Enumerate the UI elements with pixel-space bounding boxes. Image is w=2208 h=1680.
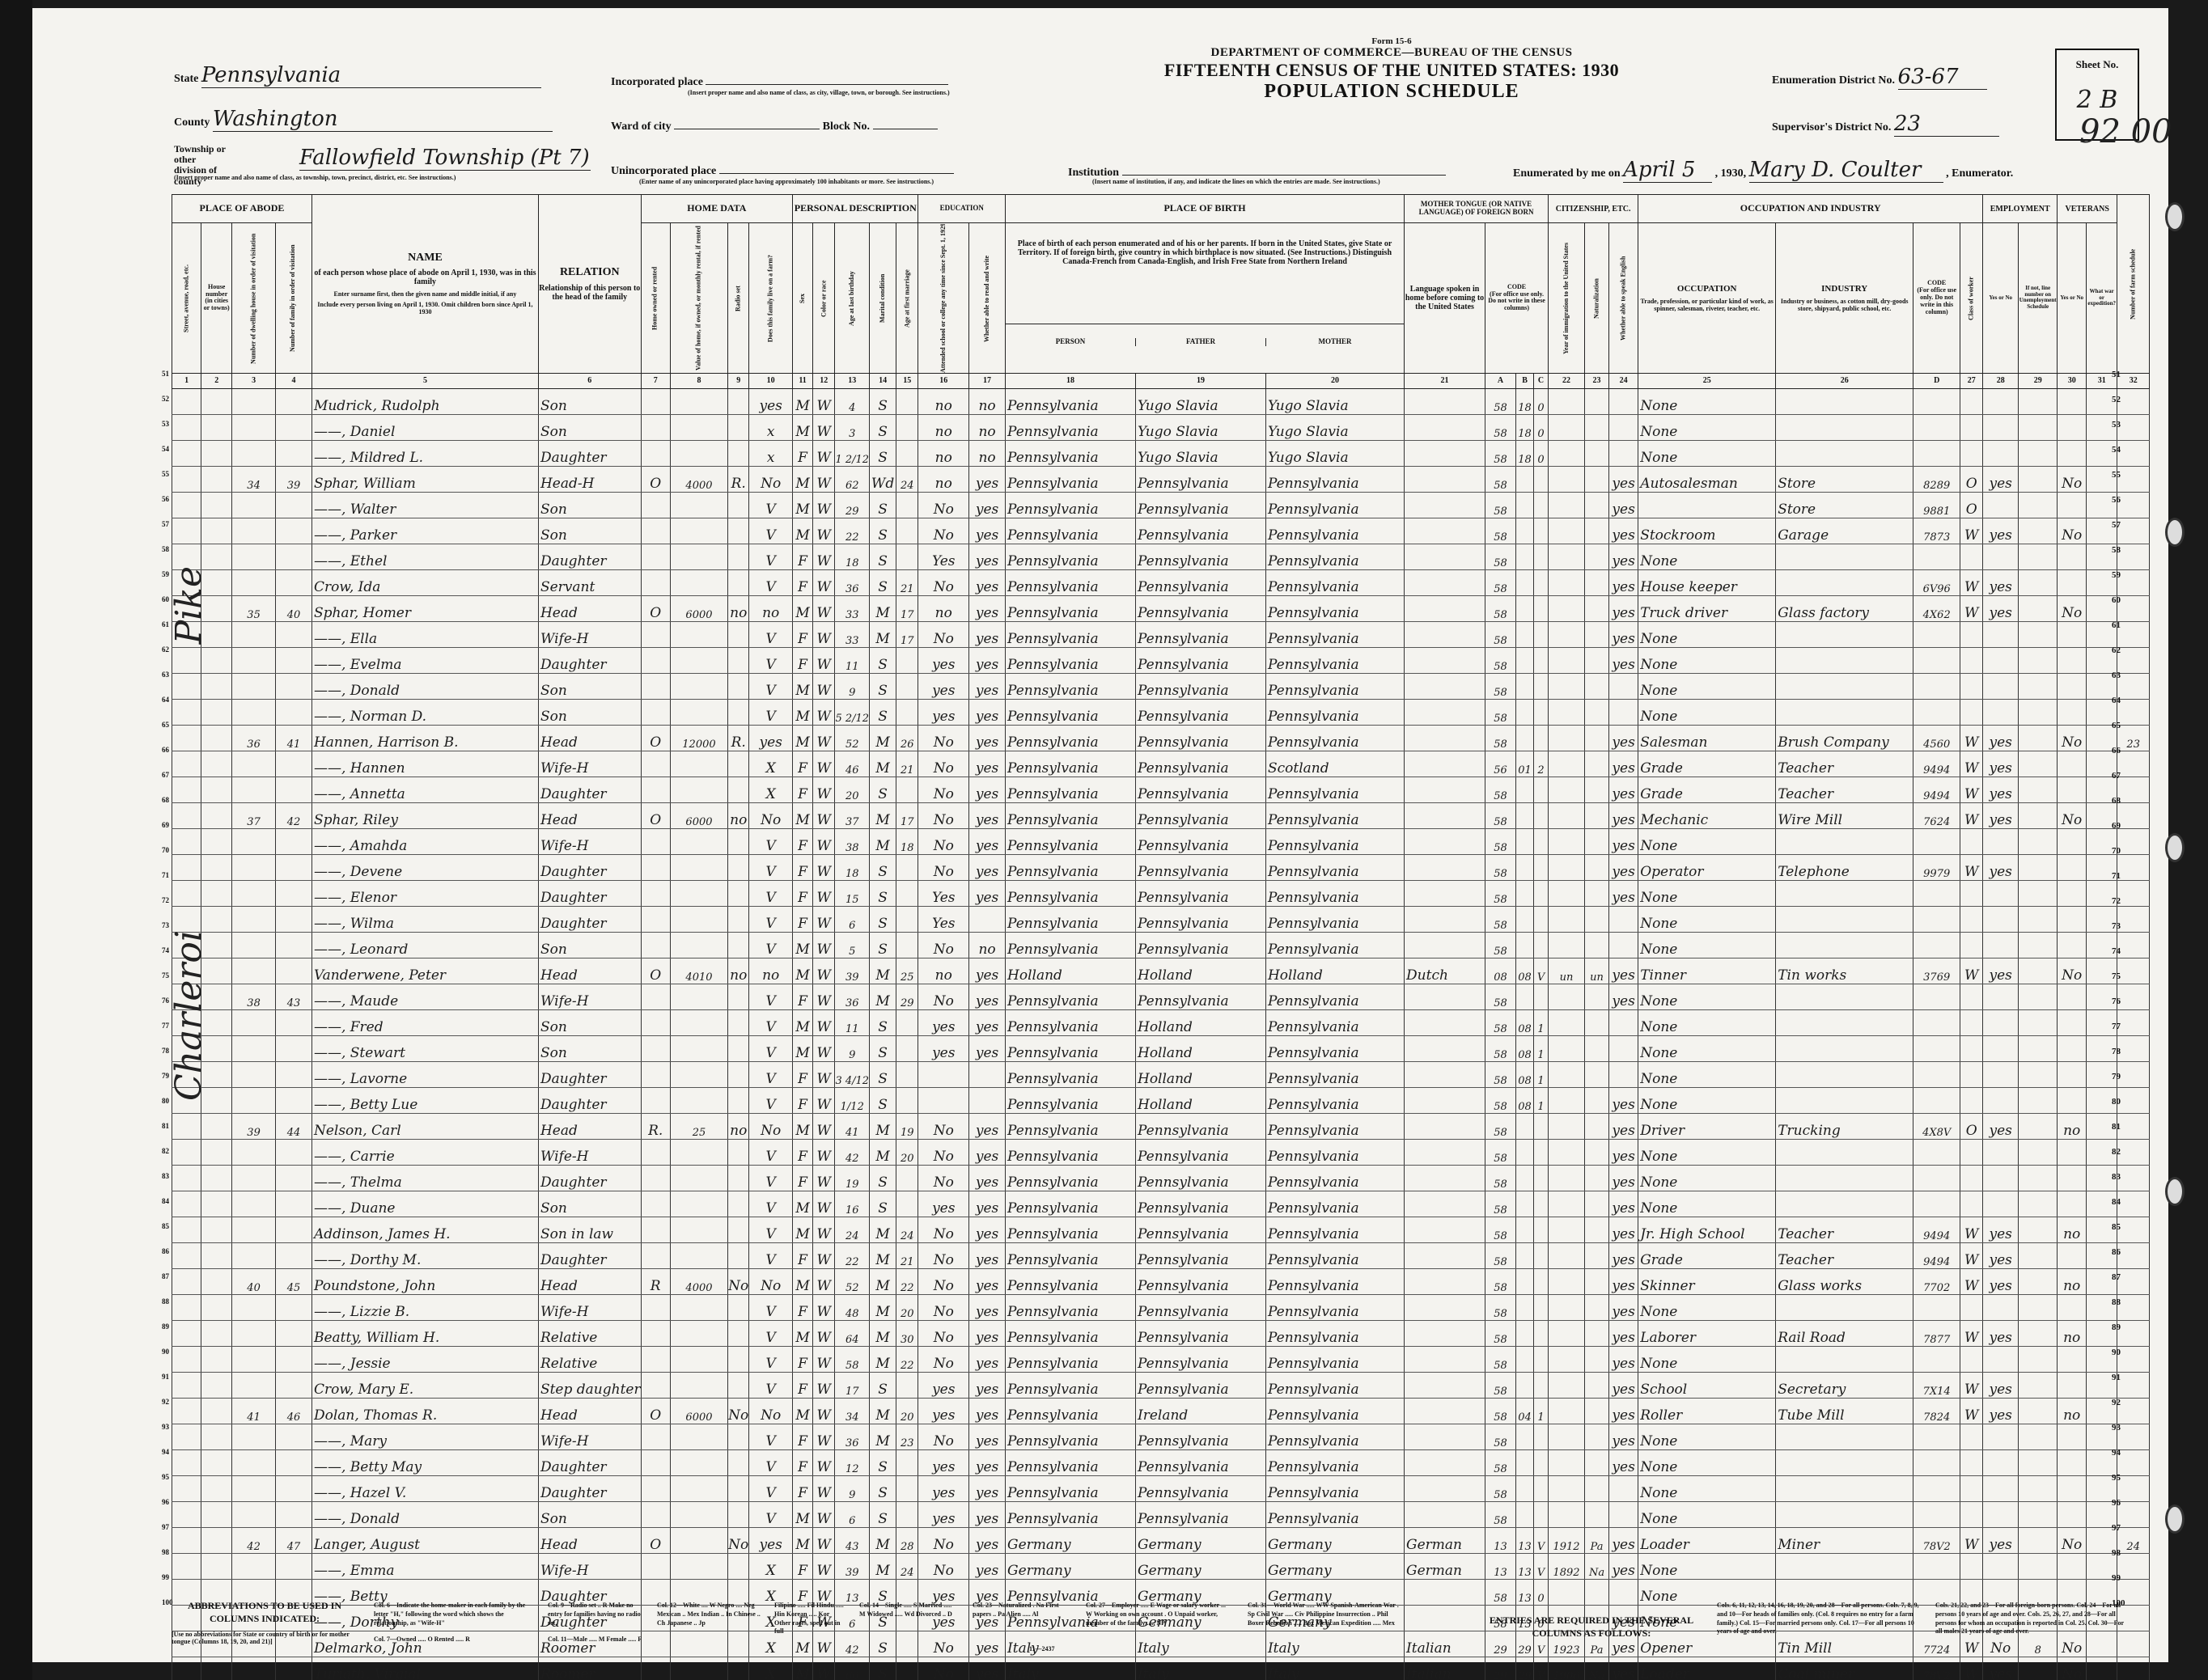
cell-emp — [1983, 647, 2019, 673]
cell-farm-sched — [2117, 932, 2150, 958]
cell-relation: Daughter — [538, 777, 641, 802]
cell-age: 52 — [835, 725, 870, 751]
line-number: 56 — [162, 495, 169, 503]
cell-eng: yes — [1609, 880, 1638, 906]
cell-read: yes — [969, 1035, 1006, 1061]
enumerated-label: Enumerated by me on — [1513, 167, 1621, 180]
cell-vet — [2058, 1553, 2087, 1579]
cell-sex: F — [793, 1139, 813, 1165]
line-number: 83 — [2112, 1172, 2121, 1182]
cell-dwelling — [232, 1475, 276, 1501]
cell-father: Pennsylvania — [1136, 1501, 1266, 1527]
cell-radio — [728, 1035, 749, 1061]
line-number: 51 — [162, 370, 169, 378]
cell-nat — [1585, 1449, 1609, 1475]
cell-relation: Head — [538, 725, 641, 751]
cell-father: Pennsylvania — [1136, 492, 1266, 518]
cell-owned — [641, 1009, 670, 1035]
cell-eng: yes — [1609, 1139, 1638, 1165]
cell-race: W — [813, 906, 835, 932]
cell-ca: 58 — [1485, 466, 1516, 492]
column-number: 7 — [641, 373, 670, 388]
cell-farm: No — [749, 802, 793, 828]
enumerator-label: , Enumerator. — [1946, 167, 2013, 180]
township-note: (Insert proper name and also name of cla… — [174, 174, 611, 181]
cell-lang — [1405, 1113, 1485, 1139]
cell-farm-sched — [2117, 1294, 2150, 1320]
line-number: 70 — [162, 846, 169, 854]
column-number: 28 — [1983, 373, 2019, 388]
cell-age-marr: 29 — [896, 984, 918, 1009]
cell-eng — [1609, 932, 1638, 958]
line-number: 57 — [2112, 520, 2121, 530]
cell-family — [275, 1424, 311, 1449]
cell-lang — [1405, 1294, 1485, 1320]
cell-family — [275, 388, 311, 414]
cell-value — [670, 1501, 727, 1527]
cell-cc — [1534, 1268, 1549, 1294]
header-english: Whether able to speak English — [1609, 223, 1638, 374]
cell-lang — [1405, 1372, 1485, 1398]
cell-school: yes — [918, 1191, 969, 1217]
cell-occ: Grade — [1638, 777, 1776, 802]
cell-ca: 58 — [1485, 1449, 1516, 1475]
table-body: Mudrick, RudolphSonyesMW4SnonoPennsylvan… — [172, 388, 2150, 1680]
cell-unemp — [2019, 647, 2058, 673]
table-row: ——, ParkerSonVMW22SNoyesPennsylvaniaPenn… — [172, 518, 2150, 544]
cell-school: No — [918, 1113, 969, 1139]
cell-read: yes — [969, 828, 1006, 854]
cell-nat — [1585, 1087, 1609, 1113]
line-number: 87 — [162, 1272, 169, 1280]
cell-farm-sched — [2117, 673, 2150, 699]
cell-family: 47 — [275, 1527, 311, 1553]
cell-farm-sched — [2117, 518, 2150, 544]
cell-school: yes — [918, 1035, 969, 1061]
column-number: 26 — [1776, 373, 1913, 388]
cell-school: yes — [918, 1009, 969, 1035]
cell-sex: F — [793, 1165, 813, 1191]
cell-vet — [2058, 984, 2087, 1009]
cell-marital: M — [870, 1424, 896, 1449]
cell-mother: Pennsylvania — [1265, 828, 1404, 854]
cell-family — [275, 932, 311, 958]
cell-cls — [1960, 1424, 1983, 1449]
cell-name: Nelson, Carl — [311, 1113, 538, 1139]
cell-dwelling — [232, 1424, 276, 1449]
cell-unemp — [2019, 1657, 2058, 1680]
cell-dwelling — [232, 932, 276, 958]
cell-ca: 58 — [1485, 414, 1516, 440]
cell-farm: V — [749, 1501, 793, 1527]
cell-house — [201, 828, 232, 854]
cell-ind: Rail Road — [1776, 1320, 1913, 1346]
group-education: EDUCATION — [918, 195, 1006, 223]
cell-cls: W — [1960, 1242, 1983, 1268]
footer-col11: Col. 11—Male ..... M Female ..... F — [548, 1636, 645, 1644]
cell-house — [201, 492, 232, 518]
cell-lang — [1405, 1398, 1485, 1424]
cell-eng: yes — [1609, 958, 1638, 984]
cell-farm-sched — [2117, 1657, 2150, 1680]
cell-code — [1913, 440, 1960, 466]
line-number: 75 — [162, 971, 169, 980]
cell-street — [172, 1139, 201, 1165]
cell-code: 8289 — [1913, 466, 1960, 492]
cell-dwelling — [232, 492, 276, 518]
cell-school: No — [918, 1165, 969, 1191]
cell-relation: Son — [538, 414, 641, 440]
cell-relation: Daughter — [538, 1087, 641, 1113]
cell-lang — [1405, 440, 1485, 466]
cell-cb — [1516, 1424, 1534, 1449]
cell-family — [275, 569, 311, 595]
cell-occ: Loader — [1638, 1527, 1776, 1553]
cell-imm — [1549, 647, 1585, 673]
cell-nat — [1585, 802, 1609, 828]
cell-ind: Brush Company — [1776, 725, 1913, 751]
cell-birth: Pennsylvania — [1006, 1268, 1136, 1294]
cell-ind — [1776, 1346, 1913, 1372]
cell-family — [275, 621, 311, 647]
cell-occ: None — [1638, 1191, 1776, 1217]
cell-name: Poundstone, John — [311, 1268, 538, 1294]
cell-race: W — [813, 673, 835, 699]
cell-eng: yes — [1609, 466, 1638, 492]
cell-farm-sched — [2117, 1035, 2150, 1061]
column-number: 4 — [275, 373, 311, 388]
cell-relation: Head — [538, 1398, 641, 1424]
cell-vet — [2058, 621, 2087, 647]
cell-value: 6000 — [670, 595, 727, 621]
cell-value — [670, 777, 727, 802]
cell-owned — [641, 1217, 670, 1242]
cell-race: W — [813, 1191, 835, 1217]
cell-ind — [1776, 414, 1913, 440]
cell-read: no — [969, 932, 1006, 958]
line-number: 98 — [2112, 1548, 2121, 1558]
cell-imm — [1549, 1242, 1585, 1268]
cell-father: Pennsylvania — [1136, 1346, 1266, 1372]
cell-mother: Pennsylvania — [1265, 725, 1404, 751]
cell-eng: yes — [1609, 1294, 1638, 1320]
cell-owned — [641, 518, 670, 544]
cell-farm-sched — [2117, 595, 2150, 621]
cell-radio — [728, 1475, 749, 1501]
cell-ca: 58 — [1485, 492, 1516, 518]
column-number: 17 — [969, 373, 1006, 388]
cell-school: No — [918, 1294, 969, 1320]
cell-radio: R. — [728, 725, 749, 751]
cell-marital: M — [870, 1294, 896, 1320]
line-number: 81 — [2112, 1122, 2121, 1132]
cell-farm: V — [749, 1475, 793, 1501]
cell-age: 33 — [835, 595, 870, 621]
cell-birth: Pennsylvania — [1006, 1165, 1136, 1191]
cell-relation: Daughter — [538, 1165, 641, 1191]
cell-vet — [2058, 673, 2087, 699]
cell-code — [1913, 1061, 1960, 1087]
cell-house — [201, 1139, 232, 1165]
department: DEPARTMENT OF COMMERCE—BUREAU OF THE CEN… — [1100, 46, 1683, 60]
cell-imm — [1549, 1475, 1585, 1501]
cell-radio: no — [728, 1113, 749, 1139]
cell-age: 20 — [835, 777, 870, 802]
cell-farm: V — [749, 699, 793, 725]
cell-eng: yes — [1609, 1398, 1638, 1424]
cell-birth: Pennsylvania — [1006, 1113, 1136, 1139]
cell-ca: 58 — [1485, 673, 1516, 699]
cell-nat — [1585, 699, 1609, 725]
cell-farm-sched — [2117, 1475, 2150, 1501]
cell-owned — [641, 854, 670, 880]
cell-value — [670, 388, 727, 414]
cell-unemp — [2019, 751, 2058, 777]
cell-vet — [2058, 492, 2087, 518]
cell-father: Pennsylvania — [1136, 802, 1266, 828]
table-row: 4247Langer, AugustHeadONoyesMW43M28Noyes… — [172, 1527, 2150, 1553]
cell-farm-sched — [2117, 1009, 2150, 1035]
cell-cls — [1960, 621, 1983, 647]
line-number: 63 — [162, 671, 169, 679]
cell-vet — [2058, 932, 2087, 958]
cell-code: 7877 — [1913, 1320, 1960, 1346]
cell-eng: yes — [1609, 1113, 1638, 1139]
cell-father: Pennsylvania — [1136, 466, 1266, 492]
cell-name: Crow, Ida — [311, 569, 538, 595]
cell-cc — [1534, 906, 1549, 932]
cell-unemp — [2019, 1424, 2058, 1449]
cell-owned — [641, 1501, 670, 1527]
cell-marital: S — [870, 518, 896, 544]
header-name: NAME of each person whose place of abode… — [311, 195, 538, 374]
cell-house — [201, 1372, 232, 1398]
cell-age-marr — [896, 1009, 918, 1035]
cell-street — [172, 699, 201, 725]
cell-value — [670, 1657, 727, 1680]
cell-father: Pennsylvania — [1136, 569, 1266, 595]
cell-relation: Relative — [538, 1346, 641, 1372]
cell-father: Pennsylvania — [1136, 1294, 1266, 1320]
table-row: ——, Mildred L.DaughterxFW1 2/12SnonoPenn… — [172, 440, 2150, 466]
cell-farm-sched — [2117, 1242, 2150, 1268]
cell-vet: no — [2058, 1217, 2087, 1242]
cell-unemp — [2019, 1035, 2058, 1061]
cell-occ: Salesman — [1638, 725, 1776, 751]
cell-occ: Autosalesman — [1638, 466, 1776, 492]
cell-age: 9 — [835, 1035, 870, 1061]
cell-value — [670, 1475, 727, 1501]
print-code: 11—2437 — [1029, 1645, 1055, 1654]
cell-cls: W — [1960, 1527, 1983, 1553]
cell-lang — [1405, 1242, 1485, 1268]
cell-cls — [1960, 1061, 1983, 1087]
line-number: 67 — [2112, 771, 2121, 781]
cell-nat: Na — [1585, 1553, 1609, 1579]
cell-father: Pennsylvania — [1136, 725, 1266, 751]
column-number: 32 — [2117, 373, 2150, 388]
cell-cb — [1516, 699, 1534, 725]
cell-marital: M — [870, 958, 896, 984]
cell-street — [172, 777, 201, 802]
cell-cb — [1516, 1113, 1534, 1139]
cell-cc: 0 — [1534, 388, 1549, 414]
column-number: 12 — [813, 373, 835, 388]
cell-lang — [1405, 1061, 1485, 1087]
cell-family — [275, 1372, 311, 1398]
line-number: 86 — [2112, 1247, 2121, 1257]
line-number: 80 — [162, 1097, 169, 1105]
cell-imm: 1912 — [1549, 1527, 1585, 1553]
cell-occ: None — [1638, 440, 1776, 466]
state-label: State — [174, 73, 198, 85]
cell-farm: V — [749, 1346, 793, 1372]
cell-mother: Pennsylvania — [1265, 1165, 1404, 1191]
cell-farm: x — [749, 414, 793, 440]
column-number: 11 — [793, 373, 813, 388]
cell-school: no — [918, 958, 969, 984]
cell-value: 6000 — [670, 1398, 727, 1424]
cell-eng — [1609, 440, 1638, 466]
cell-code: 3769 — [1913, 958, 1960, 984]
cell-birth: Pennsylvania — [1006, 1346, 1136, 1372]
header-farm-schedule: Number of farm schedule — [2117, 195, 2150, 374]
cell-marital: S — [870, 569, 896, 595]
punch-hole — [2165, 202, 2185, 231]
line-number: 78 — [162, 1047, 169, 1055]
cell-father: Pennsylvania — [1136, 751, 1266, 777]
name-note2: Include every person living on April 1, … — [312, 302, 538, 316]
cell-name: ——, Parker — [311, 518, 538, 544]
cell-vet — [2058, 1139, 2087, 1165]
cell-vet: No — [2058, 518, 2087, 544]
cell-marital: S — [870, 1475, 896, 1501]
cell-unemp — [2019, 1139, 2058, 1165]
cell-name: Addinson, James H. — [311, 1217, 538, 1242]
cell-race: W — [813, 595, 835, 621]
cell-cc: V — [1534, 1527, 1549, 1553]
footer-col9: Col. 9—Radio set .. R Make no entry for … — [548, 1602, 645, 1627]
cell-owned — [641, 1139, 670, 1165]
cell-imm — [1549, 1009, 1585, 1035]
cell-age: 17 — [835, 1372, 870, 1398]
cell-farm-sched — [2117, 569, 2150, 595]
cell-vet: No — [2058, 802, 2087, 828]
cell-value — [670, 1320, 727, 1346]
cell-owned — [641, 932, 670, 958]
cell-relation: Wife-H — [538, 828, 641, 854]
cell-vet — [2058, 1346, 2087, 1372]
cell-race: W — [813, 699, 835, 725]
cell-farm: X — [749, 1553, 793, 1579]
ward-value — [674, 117, 820, 129]
cell-birth: Pennsylvania — [1006, 440, 1136, 466]
cell-age: 22 — [835, 1242, 870, 1268]
cell-house — [201, 1165, 232, 1191]
cell-radio — [728, 880, 749, 906]
cell-street — [172, 518, 201, 544]
cell-sex: F — [793, 777, 813, 802]
column-number: C — [1534, 373, 1549, 388]
cell-emp — [1983, 1475, 2019, 1501]
cell-cls: W — [1960, 1398, 1983, 1424]
cell-eng: yes — [1609, 1087, 1638, 1113]
cell-age: 1 2/12 — [835, 440, 870, 466]
cell-read: no — [969, 388, 1006, 414]
cell-sex: M — [793, 1657, 813, 1680]
cell-dwelling — [232, 518, 276, 544]
cell-mother: Germany — [1265, 1527, 1404, 1553]
cell-lang — [1405, 621, 1485, 647]
cell-cls: O — [1960, 1113, 1983, 1139]
cell-relation: Son — [538, 518, 641, 544]
cell-birth: Pennsylvania — [1006, 1475, 1136, 1501]
cell-occ: None — [1638, 414, 1776, 440]
column-number: 19 — [1136, 373, 1266, 388]
cell-code: 78V2 — [1913, 1527, 1960, 1553]
table-row: ——, MaryWife-HVFW36M23NoyesPennsylvaniaP… — [172, 1424, 2150, 1449]
cell-read: yes — [969, 751, 1006, 777]
cell-nat — [1585, 1372, 1609, 1398]
line-number: 72 — [162, 896, 169, 904]
cell-farm: V — [749, 1372, 793, 1398]
cell-emp — [1983, 388, 2019, 414]
cell-cb: 08 — [1516, 958, 1534, 984]
line-number: 94 — [162, 1448, 169, 1456]
cell-house — [201, 1191, 232, 1217]
cell-dwelling: 37 — [232, 802, 276, 828]
line-number: 56 — [2112, 495, 2121, 505]
cell-race: W — [813, 1242, 835, 1268]
cell-birth: Pennsylvania — [1006, 1372, 1136, 1398]
cell-farm: V — [749, 1009, 793, 1035]
cell-cb — [1516, 544, 1534, 569]
cell-code — [1913, 1424, 1960, 1449]
cell-farm-sched — [2117, 544, 2150, 569]
cell-imm — [1549, 1113, 1585, 1139]
line-number: 74 — [162, 946, 169, 954]
cell-value — [670, 1061, 727, 1087]
cell-lang — [1405, 1501, 1485, 1527]
cell-eng — [1609, 388, 1638, 414]
cell-age: 3 — [835, 414, 870, 440]
footer-col27: Col. 27—Employer ..... E Wage or salary … — [1086, 1602, 1231, 1627]
cell-occ: None — [1638, 1475, 1776, 1501]
cell-birth: Pennsylvania — [1006, 414, 1136, 440]
cell-ind: Coal miner — [1776, 1657, 1913, 1680]
cell-nat — [1585, 1139, 1609, 1165]
cell-code — [1913, 388, 1960, 414]
cell-nat — [1585, 906, 1609, 932]
cell-street — [172, 492, 201, 518]
cell-family — [275, 699, 311, 725]
cell-vet — [2058, 1191, 2087, 1217]
cell-family — [275, 1501, 311, 1527]
group-personal-description: PERSONAL DESCRIPTION — [793, 195, 918, 223]
county-value: Washington — [213, 107, 553, 132]
cell-nat — [1585, 777, 1609, 802]
cell-lang — [1405, 984, 1485, 1009]
cell-sex: M — [793, 518, 813, 544]
cell-farm-sched — [2117, 647, 2150, 673]
cell-ind — [1776, 1009, 1913, 1035]
cell-occ: Roller — [1638, 1398, 1776, 1424]
cell-cls — [1960, 1035, 1983, 1061]
cell-birth: Pennsylvania — [1006, 1501, 1136, 1527]
cell-ind: Miner — [1776, 1527, 1913, 1553]
cell-house — [201, 1657, 232, 1680]
cell-ca: 29 — [1485, 1657, 1516, 1680]
